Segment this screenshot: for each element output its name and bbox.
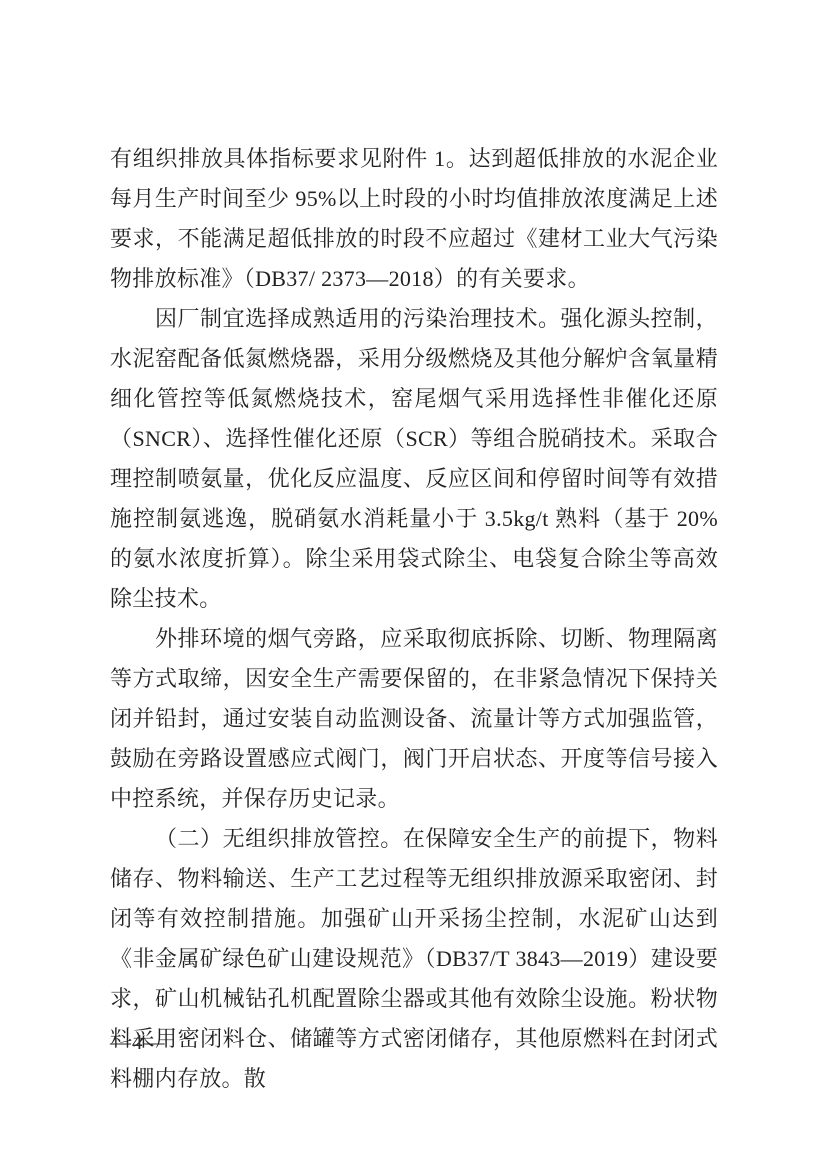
page-number: —4—: [110, 1028, 166, 1056]
paragraph-text: 在保障安全生产的前提下，物料储存、物料输送、生产工艺过程等无组织排放源采取密闭、…: [110, 826, 718, 1091]
paragraph-text: 有组织排放具体指标要求见附件 1。达到超低排放的水泥企业每月生产时间至少 95%…: [110, 146, 718, 291]
paragraph-text: 因厂制宜选择成熟适用的污染治理技术。强化源头控制，水泥窑配备低氮燃烧器，采用分级…: [110, 306, 718, 611]
document-body: 有组织排放具体指标要求见附件 1。达到超低排放的水泥企业每月生产时间至少 95%…: [110, 139, 718, 1099]
section-heading: （二）无组织排放管控。: [155, 826, 403, 851]
paragraph: 因厂制宜选择成熟适用的污染治理技术。强化源头控制，水泥窑配备低氮燃烧器，采用分级…: [110, 299, 718, 619]
paragraph: （二）无组织排放管控。在保障安全生产的前提下，物料储存、物料输送、生产工艺过程等…: [110, 819, 718, 1099]
document-page: 有组织排放具体指标要求见附件 1。达到超低排放的水泥企业每月生产时间至少 95%…: [0, 0, 826, 1169]
paragraph: 有组织排放具体指标要求见附件 1。达到超低排放的水泥企业每月生产时间至少 95%…: [110, 139, 718, 299]
paragraph-text: 外排环境的烟气旁路，应采取彻底拆除、切断、物理隔离等方式取缔，因安全生产需要保留…: [110, 626, 718, 811]
paragraph: 外排环境的烟气旁路，应采取彻底拆除、切断、物理隔离等方式取缔，因安全生产需要保留…: [110, 619, 718, 819]
